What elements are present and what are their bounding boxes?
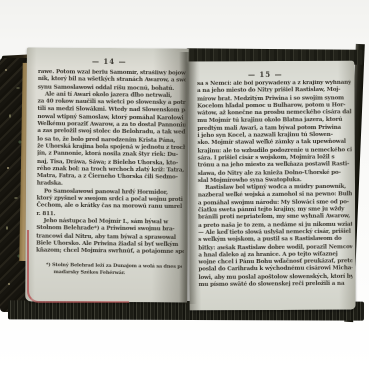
- left-page-body-text: rawe. Potom wzal berlu Samomír, strašliw…: [36, 69, 186, 260]
- left-page-number: — 14 —: [92, 57, 127, 66]
- right-page-number: — 15 —: [248, 70, 283, 79]
- book-photo: — 14 — — 15 — rawe. Potom wzal berlu Sam…: [0, 0, 369, 370]
- left-page-footnote: *) Stolný Belehrad leží za Dunajom a wol…: [46, 262, 182, 282]
- right-page-body-text: sa s Nemci: ale bol porywadený a z kraji…: [197, 80, 353, 293]
